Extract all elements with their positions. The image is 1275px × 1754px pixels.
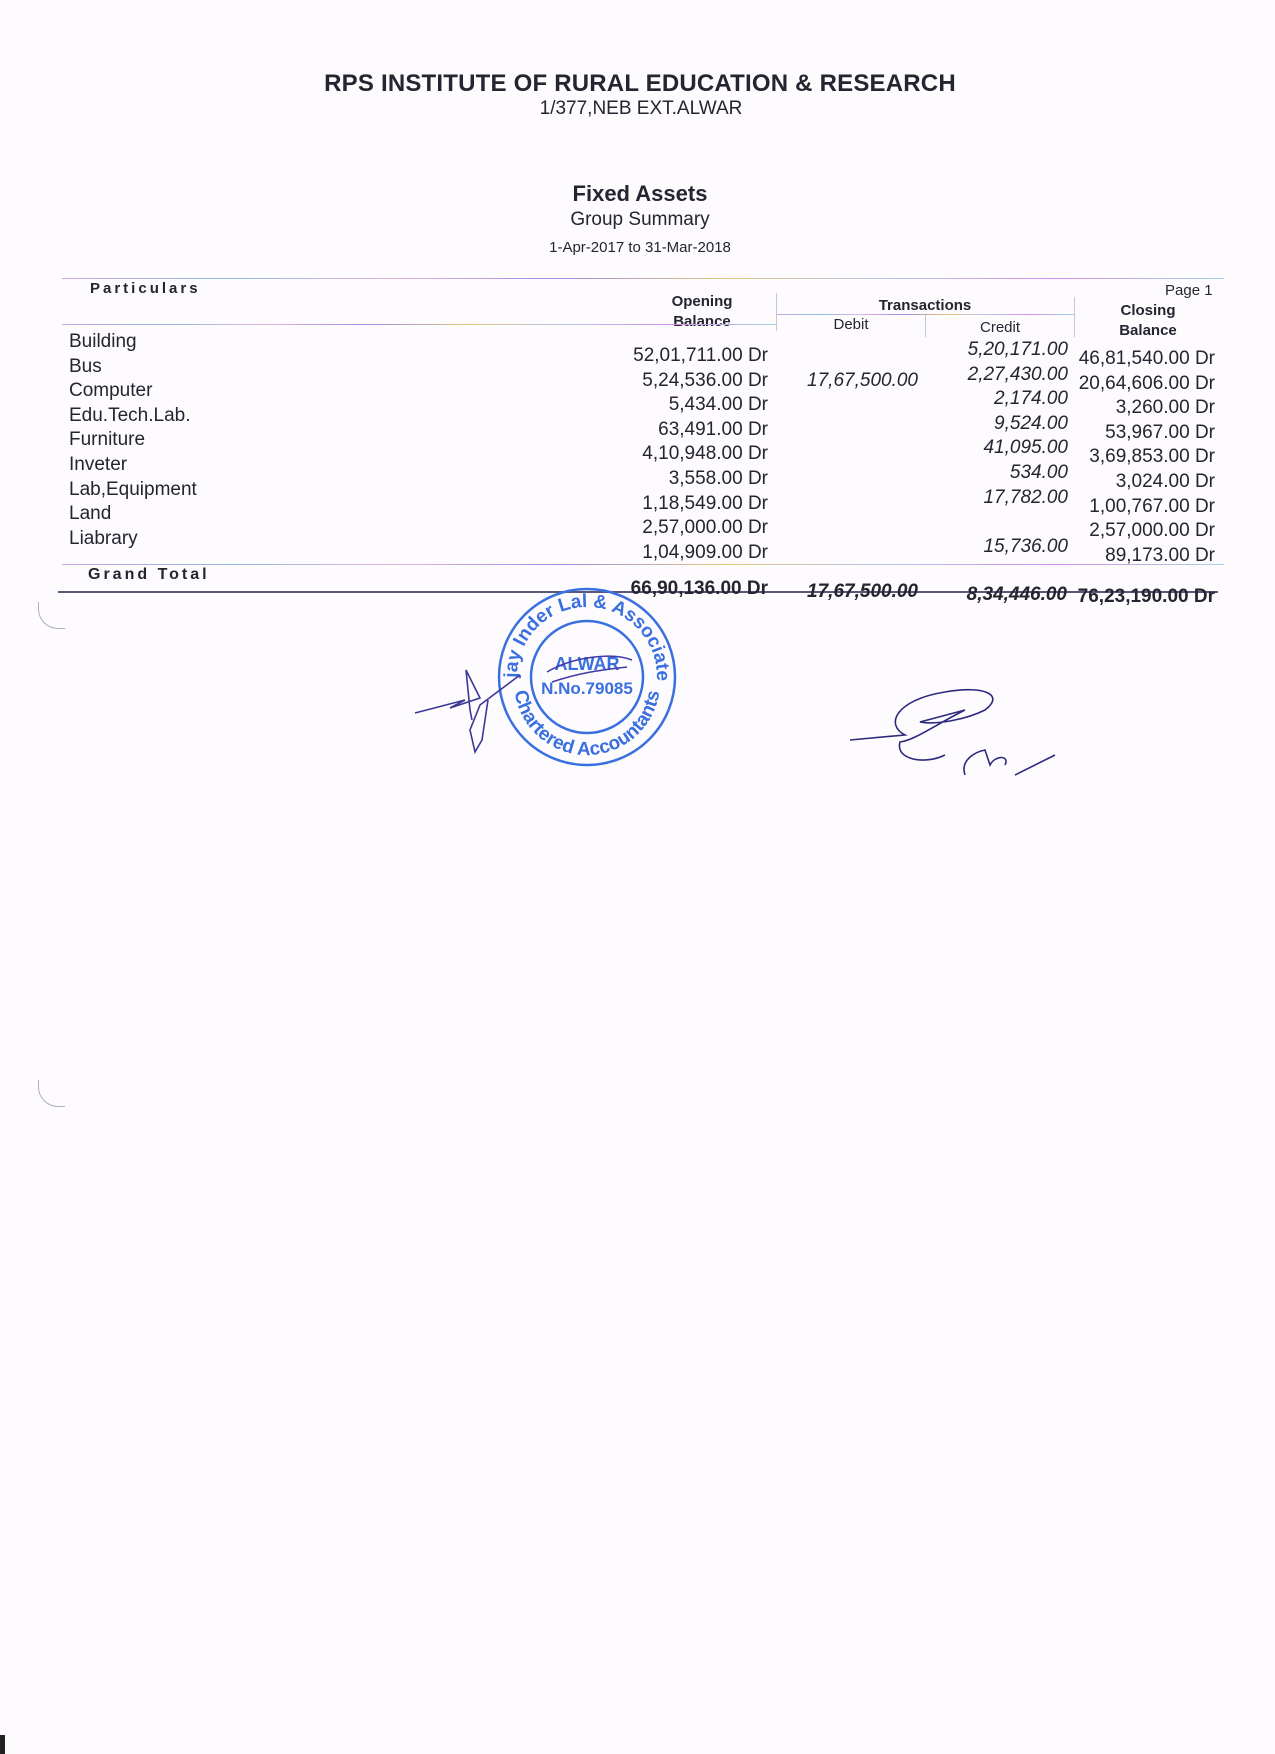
punch-hole-mark (38, 1080, 65, 1107)
row-closing-balance: 2,57,000.00 Dr (1089, 520, 1215, 542)
column-header-debit: Debit (833, 315, 868, 335)
row-closing-balance: 1,00,767.00 Dr (1089, 496, 1215, 518)
closing-balance-label-1: Closing (1119, 301, 1177, 321)
row-opening-balance: 5,24,536.00 Dr (642, 370, 768, 392)
organization-address: 1/377,NEB EXT.ALWAR (540, 98, 743, 120)
column-divider (1074, 297, 1075, 337)
row-credit: 534.00 (1010, 462, 1068, 484)
row-closing-balance: 46,81,540.00 Dr (1079, 348, 1215, 370)
row-credit: 17,782.00 (983, 487, 1068, 509)
column-header-opening-balance: Opening Balance (672, 292, 733, 332)
row-credit: 5,20,171.00 (968, 339, 1068, 361)
row-credit: 41,095.00 (983, 437, 1068, 459)
report-period: 1-Apr-2017 to 31-Mar-2018 (549, 239, 731, 256)
row-closing-balance: 20,64,606.00 Dr (1079, 373, 1215, 395)
row-debit: 17,67,500.00 (807, 370, 918, 392)
row-particulars: Bus (69, 356, 102, 378)
scan-edge-mark (0, 1735, 5, 1754)
row-particulars: Furniture (69, 429, 145, 451)
column-header-credit: Credit (980, 318, 1020, 338)
row-credit: 2,27,430.00 (968, 364, 1068, 386)
auditor-signature (410, 660, 550, 760)
row-opening-balance: 2,57,000.00 Dr (642, 517, 768, 539)
row-particulars: Edu.Tech.Lab. (69, 405, 190, 427)
row-particulars: Lab,Equipment (69, 479, 197, 501)
column-header-transactions: Transactions (879, 296, 972, 316)
opening-balance-label-2: Balance (672, 312, 733, 332)
row-credit: 15,736.00 (983, 536, 1068, 558)
table-top-rule (62, 278, 1224, 279)
row-closing-balance: 3,024.00 Dr (1116, 471, 1215, 493)
punch-hole-mark (38, 602, 65, 629)
grand-total-credit: 8,34,446.00 (967, 584, 1067, 606)
report-title: Fixed Assets (573, 181, 708, 207)
column-header-closing-balance: Closing Balance (1119, 301, 1177, 341)
row-particulars: Computer (69, 380, 152, 402)
row-particulars: Liabrary (69, 528, 138, 550)
grand-total-debit: 17,67,500.00 (807, 581, 918, 603)
row-closing-balance: 53,967.00 Dr (1105, 422, 1215, 444)
row-particulars: Land (69, 503, 111, 525)
column-divider (776, 293, 777, 331)
row-opening-balance: 5,434.00 Dr (669, 394, 768, 416)
authorized-signature (845, 680, 1065, 780)
row-opening-balance: 3,558.00 Dr (669, 468, 768, 490)
row-credit: 9,524.00 (994, 413, 1068, 435)
opening-balance-label-1: Opening (672, 292, 733, 312)
row-opening-balance: 1,18,549.00 Dr (642, 493, 768, 515)
organization-name: RPS INSTITUTE OF RURAL EDUCATION & RESEA… (324, 70, 956, 98)
report-subtitle: Group Summary (570, 209, 709, 231)
row-particulars: Building (69, 331, 137, 353)
grand-total-label: Grand Total (88, 566, 210, 584)
row-particulars: Inveter (69, 454, 127, 476)
grand-total-closing: 76,23,190.00 Dr (1078, 586, 1215, 608)
row-opening-balance: 63,491.00 Dr (658, 419, 768, 441)
page-number: Page 1 (1165, 282, 1213, 299)
row-closing-balance: 3,69,853.00 Dr (1089, 446, 1215, 468)
column-divider (925, 315, 926, 337)
closing-balance-label-2: Balance (1119, 321, 1177, 341)
header-bottom-rule (62, 324, 776, 325)
row-closing-balance: 3,260.00 Dr (1116, 397, 1215, 419)
row-opening-balance: 4,10,948.00 Dr (642, 443, 768, 465)
row-opening-balance: 1,04,909.00 Dr (642, 542, 768, 564)
svg-text:N.No.79085: N.No.79085 (541, 679, 633, 698)
total-top-rule (62, 564, 1224, 565)
row-opening-balance: 52,01,711.00 Dr (633, 345, 768, 367)
column-header-particulars: Particulars (90, 280, 201, 297)
row-credit: 2,174.00 (994, 388, 1068, 410)
